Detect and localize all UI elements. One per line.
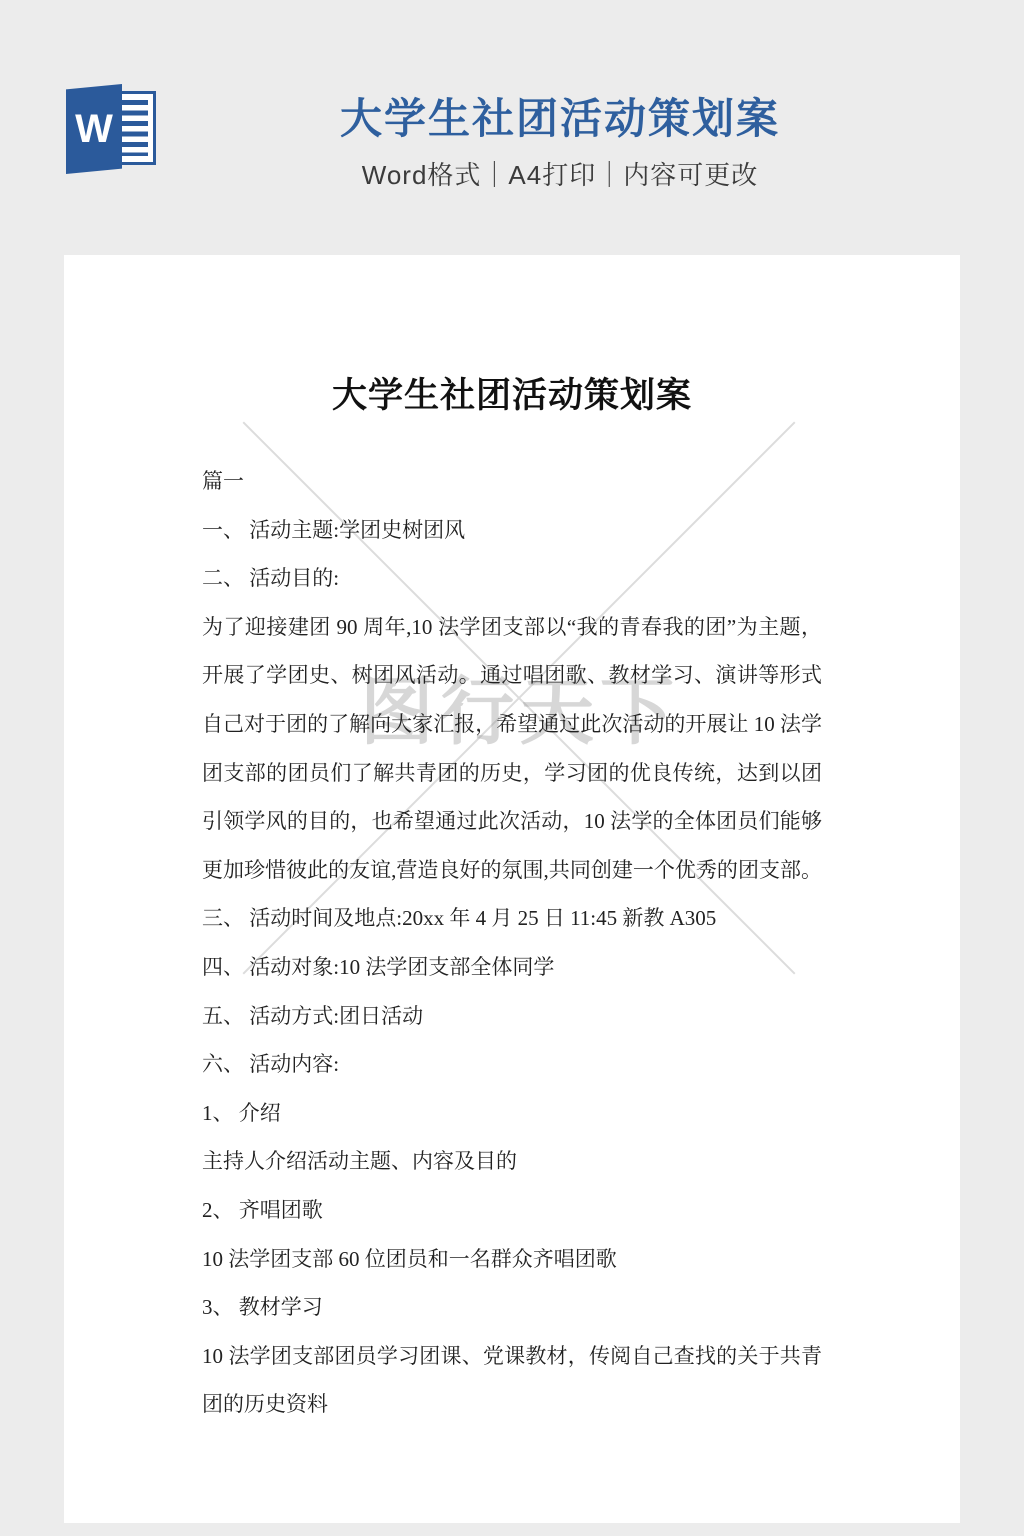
screen: W 大学生社团活动策划案 Word格式｜A4打印｜内容可更改 图行天下 大学生社… (0, 0, 1024, 1536)
word-icon-letter: W (75, 109, 113, 149)
document-line: 二、 活动目的: (202, 554, 822, 603)
document-line: 三、 活动时间及地点:20xx 年 4 月 25 日 11:45 新教 A305 (202, 894, 822, 943)
page-subtitle: Word格式｜A4打印｜内容可更改 (160, 155, 960, 192)
header: W 大学生社团活动策划案 Word格式｜A4打印｜内容可更改 (64, 84, 960, 204)
document-line: 一、 活动主题:学团史树团风 (202, 506, 822, 555)
document-line: 2、 齐唱团歌 (202, 1186, 822, 1235)
document-line: 团支部的团员们了解共青团的历史，学习团的优良传统，达到以团风 (202, 749, 822, 798)
header-text: 大学生社团活动策划案 Word格式｜A4打印｜内容可更改 (160, 84, 960, 192)
document-line: 团的历史资料 (202, 1380, 822, 1429)
document-line: 1、 介绍 (202, 1089, 822, 1138)
document-body: 篇一一、 活动主题:学团史树团风二、 活动目的:为了迎接建团 90 周年,10 … (202, 457, 822, 1429)
document-line: 篇一 (202, 457, 822, 506)
document-line: 四、 活动对象:10 法学团支部全体同学 (202, 943, 822, 992)
document-page: 图行天下 大学生社团活动策划案 篇一一、 活动主题:学团史树团风二、 活动目的:… (64, 255, 960, 1523)
document-line: 3、 教材学习 (202, 1283, 822, 1332)
word-file-icon: W (66, 84, 156, 174)
document-line: 开展了学团史、树团风活动。通过唱团歌、教材学习、演讲等形式将 (202, 651, 822, 700)
document-line: 更加珍惜彼此的友谊,营造良好的氛围,共同创建一个优秀的团支部。 (202, 846, 822, 895)
document-line: 五、 活动方式:团日活动 (202, 992, 822, 1041)
document-line: 自己对于团的了解向大家汇报，希望通过此次活动的开展让 10 法学 (202, 700, 822, 749)
document-line: 10 法学团支部团员学习团课、党课教材，传阅自己查找的关于共青 (202, 1332, 822, 1381)
document-line: 引领学风的目的，也希望通过此次活动，10 法学的全体团员们能够 (202, 797, 822, 846)
document-title: 大学生社团活动策划案 (64, 368, 960, 418)
word-icon-plate: W (66, 84, 122, 174)
document-line: 为了迎接建团 90 周年,10 法学团支部以“我的青春我的团”为主题， (202, 603, 822, 652)
document-line: 六、 活动内容: (202, 1040, 822, 1089)
page-title: 大学生社团活动策划案 (160, 96, 960, 142)
document-line: 10 法学团支部 60 位团员和一名群众齐唱团歌 (202, 1235, 822, 1284)
document-line: 主持人介绍活动主题、内容及目的 (202, 1137, 822, 1186)
